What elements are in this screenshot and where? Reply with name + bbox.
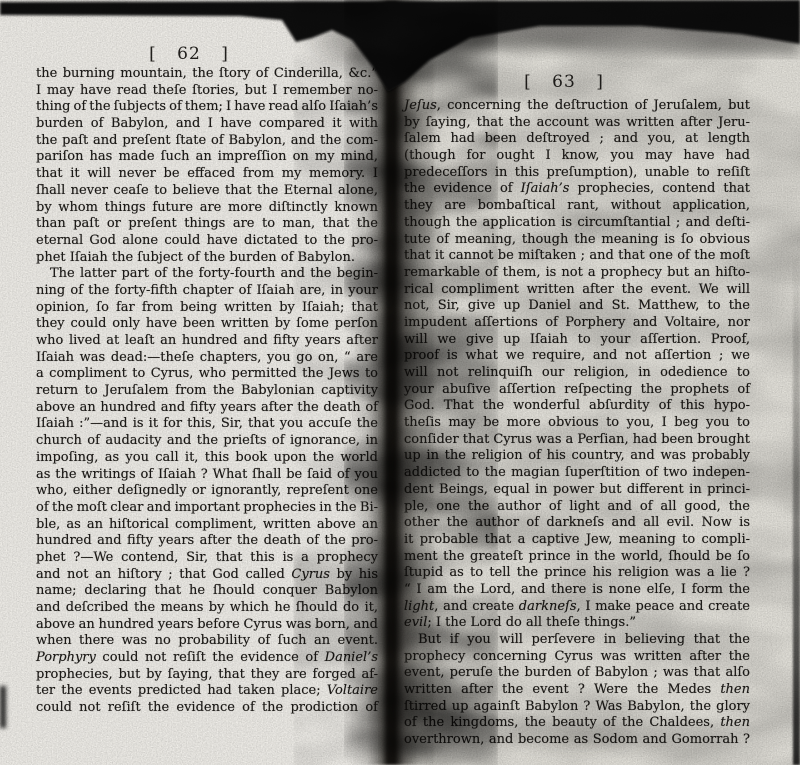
text-line: tute of meaning, though the meaning is ſ… [404,232,750,249]
text-line: a compliment to Cyrus, who permitted the… [36,366,378,383]
text-line: when there was no probability of ſuch an… [36,633,378,650]
text-line: as the writings of Iſaiah ? What ſhall b… [36,467,378,484]
text-line: But if you will perſevere in believing t… [404,632,750,649]
text-line: above an hundred and fifty years after t… [36,400,378,417]
text-line: will we give up Iſaiah to your aſſertion… [404,332,750,349]
text-line: thing of the ſubjects of them; I have re… [36,99,378,116]
text-line: impudent aſſertions of Porphery and Volt… [404,315,750,332]
text-line: eternal God alone could have dictated to… [36,233,378,250]
text-line: that it will never be effaced from my me… [36,166,378,183]
scan-edge-right [793,250,800,765]
text-line: predeceſſors in this preſumption), unabl… [404,165,750,182]
page-62-text: the burning mountain, the ſtory of Cinde… [36,66,378,717]
text-line: conſider that Cyrus was a Perſian, had b… [404,432,750,449]
text-line: event, peruſe the burden of Babylon ; wa… [404,665,750,682]
text-line: ter the events predicted had taken place… [36,683,378,700]
text-line: pariſon has made ſuch an impreſſion on m… [36,149,378,166]
text-line: could not reſiſt the evidence of the pro… [36,700,378,717]
text-line: of the moſt clear and important propheci… [36,500,378,517]
text-line: phet Iſaiah the ſubject of the burden of… [36,250,378,267]
text-line: ning of the forty-fifth chapter of Iſaia… [36,283,378,300]
text-line: addicted to the magian ſuperſtition of t… [404,465,750,482]
text-line: proof is what we require, and not aſſert… [404,348,750,365]
text-line: Jeſus, concerning the deſtruction of Jer… [404,98,750,115]
text-line: impoſing, as you call it, this book upon… [36,450,378,467]
book-scan: [ 62 ] [ 63 ] the burning mountain, the … [0,0,800,765]
text-line: light, and create darkneſs, I make peace… [404,599,750,616]
text-line: ble, as an hiſtorical compliment, writte… [36,517,378,534]
text-line: ſhall never ceaſe to believe that the Et… [36,183,378,200]
text-line: by whom things future are more diſtinctl… [36,200,378,217]
text-line: they could only have been written by ſom… [36,316,378,333]
text-line: hundred and fifty years after the death … [36,533,378,550]
text-line: of the kingdoms, the beauty of the Chald… [404,715,750,732]
text-line: it probable that a captive Jew, meaning … [404,532,750,549]
text-line: written after the event ? Were the Medes… [404,682,750,699]
text-line: remarkable of them, is not a prophecy bu… [404,265,750,282]
text-line: by ſaying, that the account was written … [404,115,750,132]
text-line: The latter part of the forty-fourth and … [36,266,378,283]
text-line: other the author of darkneſs and all evi… [404,515,750,532]
text-line: overthrown, and become as Sodom and Gomo… [404,732,750,749]
text-line: “ I am the Lord, and there is none elſe,… [404,582,750,599]
text-line: above an hundred years before Cyrus was … [36,617,378,634]
text-line: they are bombaſtical rant, without appli… [404,198,750,215]
text-line: prophecy concerning Cyrus was written af… [404,649,750,666]
text-line: not, Sir, give up Daniel and St. Matthew… [404,298,750,315]
text-line: ple, one the author of light and of all … [404,499,750,516]
text-line: opinion, ſo far from being written by Iſ… [36,300,378,317]
text-line: the evidence of Iſaiah’s prophecies, con… [404,181,750,198]
text-line: Iſaiah :”—and is it for this, Sir, that … [36,416,378,433]
text-line: ment the greateſt prince in the world, ſ… [404,549,750,566]
text-line: return to Jeruſalem from the Babylonian … [36,383,378,400]
text-line: your abuſive aſſertion reſpecting the pr… [404,382,750,399]
text-line: church of audacity and the prieſts of ig… [36,433,378,450]
text-line: up in the religion of his country, and w… [404,448,750,465]
text-line: and deſcribed the means by which he ſhou… [36,600,378,617]
text-line: ſtupid as to tell the prince his religio… [404,565,750,582]
text-line: dent Beings, equal in power but differen… [404,482,750,499]
text-line: that it cannot be miſtaken ; and that on… [404,248,750,265]
text-line: I may have read theſe ſtories, but I rem… [36,83,378,100]
text-line: Iſaiah was dead:—theſe chapters, you go … [36,350,378,367]
page-62-number: [ 62 ] [0,44,378,64]
text-line: phet ?—We contend, Sir, that this is a p… [36,550,378,567]
text-line: the burning mountain, the ſtory of Cinde… [36,66,378,83]
text-line: ſtirred up againſt Babylon ? Was Babylon… [404,699,750,716]
text-line: who, either deſignedly or ignorantly, re… [36,483,378,500]
text-line: will not relinquiſh our religion, in ode… [404,365,750,382]
text-line: ſalem had been deſtroyed ; and you, at l… [404,131,750,148]
text-line: rical compliment written after the event… [404,282,750,299]
page-gutter-shadow [348,0,434,765]
text-line: (though for ought I know, you may have h… [404,148,750,165]
text-line: prophecies, but by ſaying, that they are… [36,667,378,684]
text-line: and not an hiſtory ; that God called Cyr… [36,567,378,584]
text-line: the paſt and preſent ſtate of Babylon, a… [36,133,378,150]
page-63-text: Jeſus, concerning the deſtruction of Jer… [404,98,750,749]
text-line: burden of Babylon, and I have compared i… [36,116,378,133]
text-line: who lived at leaſt an hundred and fifty … [36,333,378,350]
scan-mark [0,686,6,728]
text-line: evil; I the Lord do all theſe things.” [404,615,750,632]
text-line: name; declaring that he ſhould conquer B… [36,583,378,600]
text-line: theſis may be more obvious to you, I beg… [404,415,750,432]
text-line: than paſt or preſent things are to man, … [36,216,378,233]
text-line: though the application is circumſtantial… [404,215,750,232]
text-line: God. That the wonderful abſurdity of thi… [404,398,750,415]
text-line: Porphyry could not reſiſt the evidence o… [36,650,378,667]
